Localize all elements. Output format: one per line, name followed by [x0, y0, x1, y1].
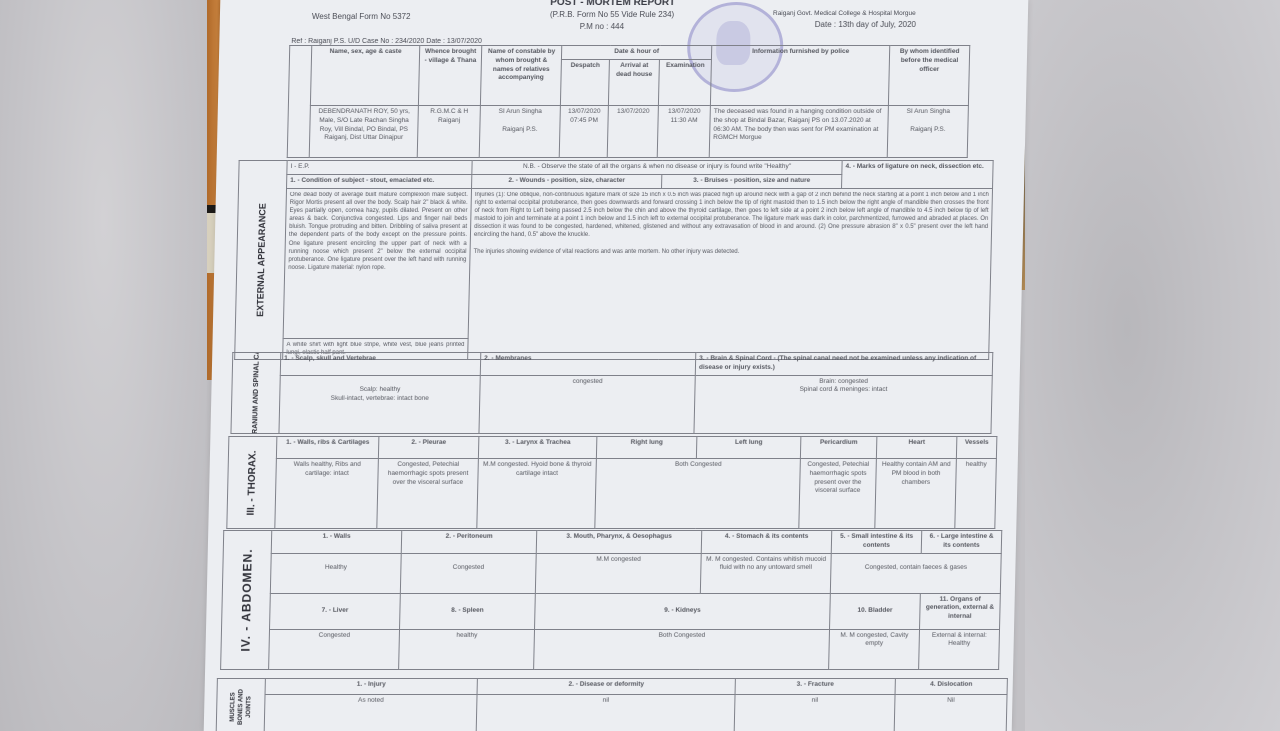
header-stomach: 4. - Stomach & its contents	[701, 531, 832, 554]
mouth-pharynx-findings: M.M congested	[535, 553, 701, 593]
particulars-margin	[287, 46, 312, 158]
pm-number: P.M no : 444	[580, 22, 625, 31]
larynx-findings: M.M congested. Hyoid bone & thyroid cart…	[477, 459, 597, 529]
section-cranium: II. - CRANIUM AND SPINAL CANAL	[231, 353, 281, 434]
particulars-table: Name, sex, age & caste Whence brought - …	[287, 45, 971, 158]
header-name: Name, sex, age & caste	[310, 46, 419, 106]
condition-description: One dead body of average built mature co…	[283, 189, 471, 339]
blurred-background-right	[1025, 0, 1280, 731]
pericardium-findings: Congested, Petechial haemorrhagic spots …	[799, 459, 877, 529]
header-fracture: 3. - Fracture	[735, 679, 895, 695]
whence-brought: R.G.M.C & H Raiganj	[417, 106, 480, 158]
header-scalp-skull: 1. - Scalp, skull and Vertebrae	[280, 353, 481, 376]
rule-reference: (P.R.B. Form No 55 Vide Rule 234)	[550, 10, 674, 19]
header-constable: Name of constable by whom brought & name…	[480, 46, 561, 106]
header-spleen: 8. - Spleen	[400, 593, 536, 629]
header-kidneys: 9. - Kidneys	[535, 593, 831, 629]
header-condition: 1. - Condition of subject - stout, emaci…	[287, 175, 472, 189]
header-left-lung: Left lung	[696, 437, 800, 459]
lungs-findings: Both Congested	[595, 459, 801, 529]
pleurae-findings: Congested, Petechial haemorrhagic spots …	[377, 459, 479, 529]
header-date-hour: Date & hour of	[561, 46, 711, 60]
header-injury: 1. - Injury	[265, 679, 477, 695]
constable-name: SI Arun SinghaRaiganj P.S.	[479, 106, 560, 158]
header-arrival: Arrival at dead house	[608, 60, 659, 106]
injury-findings: As noted	[264, 695, 477, 731]
header-right-lung: Right lung	[596, 437, 696, 459]
section-abdomen: IV. - ABDOMEN.	[221, 531, 272, 670]
header-organs-generation: 11. Organs of generation, external & int…	[920, 593, 1001, 629]
kidneys-findings: Both Congested	[534, 629, 830, 669]
cranium-table: II. - CRANIUM AND SPINAL CANAL 1. - Scal…	[230, 352, 993, 434]
scalp-skull-findings: Scalp: healthySkull-intact, vertebrae: i…	[279, 375, 480, 433]
header-mouth-pharynx: 3. Mouth, Pharynx, & Oesophagus	[536, 531, 702, 554]
header-examination: Examination	[658, 60, 711, 106]
identifying-officer: SI Arun SinghaRaiganj P.S.	[887, 106, 968, 158]
form-number: West Bengal Form No 5372	[312, 12, 411, 21]
header-vessels: Vessels	[956, 437, 996, 459]
fracture-findings: nil	[734, 695, 895, 731]
abdomen-table: IV. - ABDOMEN. 1. - Walls 2. - Peritoneu…	[220, 530, 1002, 670]
header-small-intestine: 5. - Small intestine & its contents	[831, 531, 922, 554]
heart-findings: Healthy contain AM and PM blood in both …	[875, 459, 957, 529]
wounds-description: Injuries (1): One oblique, non-continuou…	[468, 189, 993, 360]
thorax-table: III. - THORAX. 1. - Walls, ribs & Cartil…	[226, 436, 997, 529]
header-liver: 7. - Liver	[270, 593, 401, 629]
header-brain-spinal: 3. - Brain & Spinal Cord - (The spinal c…	[695, 353, 993, 376]
case-reference: Ref : Raiganj P.S. U/D Case No : 234/202…	[291, 38, 482, 45]
bladder-findings: M. M congested, Cavity empty	[829, 629, 920, 669]
header-walls-ribs: 1. - Walls, ribs & Cartilages	[276, 437, 378, 459]
external-appearance-table: EXTERNAL APPEARANCE I - E.P. N.B. - Obse…	[234, 160, 994, 360]
header-heart: Heart	[876, 437, 956, 459]
ep-label: I - E.P.	[287, 161, 472, 175]
header-whence: Whence brought - village & Thana	[418, 46, 481, 106]
header-information: Information furnished by police	[710, 46, 889, 106]
header-despatch: Despatch	[560, 60, 609, 106]
disease-deformity-findings: nil	[476, 695, 735, 731]
post-mortem-report-page: POST - MORTEM REPORT West Bengal Form No…	[204, 0, 1029, 731]
header-ligature-marks: 4. - Marks of ligature on neck, dissecti…	[842, 161, 994, 189]
dislocation-findings: Nil	[894, 695, 1007, 731]
spleen-findings: healthy	[399, 629, 535, 669]
stomach-findings: M. M congested. Contains whitish mucoid …	[700, 553, 831, 593]
section-thorax: III. - THORAX.	[227, 437, 277, 529]
blurred-background-left	[0, 0, 207, 731]
report-date: Date : 13th day of July, 2020	[815, 20, 916, 29]
report-title: POST - MORTEM REPORT	[550, 0, 675, 8]
muscles-bones-joints-table: MUSCLES BONES AND JOINTS 1. - Injury 2. …	[216, 678, 1008, 731]
police-information: The deceased was found in a hanging cond…	[709, 106, 888, 158]
header-bruises: 3. - Bruises - position, size and nature	[662, 175, 842, 189]
header-larynx: 3. - Larynx & Trachea	[478, 437, 596, 459]
institution-name: Raiganj Govt. Medical College & Hospital…	[773, 10, 916, 17]
abdominal-walls-findings: Healthy	[270, 553, 401, 593]
vessels-findings: healthy	[955, 459, 997, 529]
header-wounds: 2. - Wounds - position, size, character	[472, 175, 662, 189]
header-disease-deformity: 2. - Disease or deformity	[477, 679, 735, 695]
header-dislocation: 4. Dislocation	[895, 679, 1007, 695]
header-pericardium: Pericardium	[800, 437, 876, 459]
section-external-appearance: EXTERNAL APPEARANCE	[235, 161, 288, 360]
header-abdominal-walls: 1. - Walls	[271, 531, 402, 554]
header-pleurae: 2. - Pleurae	[378, 437, 478, 459]
intestines-findings: Congested, contain faeces & gases	[830, 553, 1001, 593]
arrival-time: 13/07/2020	[607, 106, 658, 158]
header-bladder: 10. Bladder	[830, 593, 921, 629]
header-membranes: 2. - Membranes	[480, 353, 696, 376]
brain-spinal-findings: Brain: congestedSpinal cord & meninges: …	[694, 375, 992, 433]
deceased-name: DEBENDRANATH ROY, 50 yrs, Male, S/O Late…	[309, 106, 418, 158]
membranes-findings: congested	[479, 375, 695, 433]
header-identified-by: By whom identified before the medical of…	[888, 46, 969, 106]
header-peritoneum: 2. - Peritoneum	[401, 531, 537, 554]
liver-findings: Congested	[269, 629, 400, 669]
header-large-intestine: 6. - Large intestine & its contents	[921, 531, 1002, 554]
section-muscles-bones-joints: MUSCLES BONES AND JOINTS	[216, 679, 265, 731]
organs-generation-findings: External & internal: Healthy	[919, 629, 1000, 669]
peritoneum-findings: Congested	[400, 553, 536, 593]
observation-note: N.B. - Observe the state of all the orga…	[472, 161, 842, 175]
walls-ribs-findings: Walls healthy, Ribs and cartilage: intac…	[275, 459, 379, 529]
despatch-time: 13/07/2020 07:45 PM	[559, 106, 608, 158]
examination-time: 13/07/2020 11:30 AM	[657, 106, 710, 158]
